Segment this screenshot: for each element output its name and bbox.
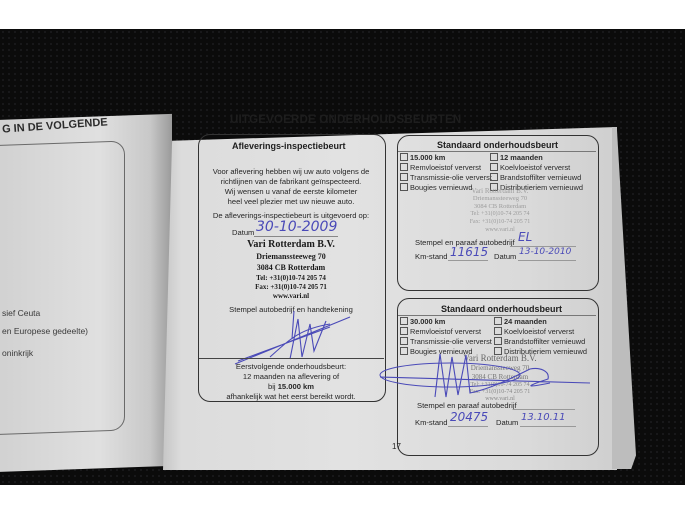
checkbox[interactable] <box>400 153 408 161</box>
photo-background: G IN DE VOLGENDE sief Ceuta en Europese … <box>0 29 685 485</box>
checkbox[interactable] <box>494 337 502 345</box>
delivery-inspection-title: Afleverings-inspectiebeurt <box>232 141 346 151</box>
left-page-text: sief Ceuta <box>2 308 40 318</box>
km-line <box>448 426 488 427</box>
checkbox[interactable] <box>494 327 502 335</box>
date-label: Datum <box>232 228 254 237</box>
check-item: Transmissie-olie ververst <box>400 173 492 182</box>
check-item: Remvloeistof ververst <box>400 327 481 336</box>
intro-line: richtlijnen van de fabrikant geïnspectee… <box>200 177 382 186</box>
stamp-city: 3084 CB Rotterdam <box>200 263 382 272</box>
checkbox[interactable] <box>400 327 408 335</box>
check-item: Brandstoffilter vernieuwd <box>490 173 581 182</box>
next-service-line: afhankelijk wat het eerst bereikt wordt. <box>200 392 382 401</box>
km-line <box>448 260 488 261</box>
checkbox[interactable] <box>494 317 502 325</box>
intro-line: Voor aflevering hebben wij uw auto volge… <box>200 167 382 176</box>
faint-stamp: Vari Rotterdam B.V. <box>420 187 580 195</box>
handwritten-km: 11615 <box>450 245 488 259</box>
date-label: Datum <box>496 418 518 427</box>
page-title: UITGEVOERDE ONDERHOUDSBEURTEN <box>230 114 461 126</box>
service-months: 24 maanden <box>494 317 547 326</box>
faint-stamp: 3084 CB Rotterdam <box>420 203 580 210</box>
handwritten-date: 13.10.11 <box>521 412 566 423</box>
signature-scribble <box>380 349 600 409</box>
intro-line: Wij wensen u vanaf de eerste kilometer <box>200 187 382 196</box>
checkbox[interactable] <box>400 163 408 171</box>
faint-stamp: www.vari.nl <box>420 227 580 233</box>
faint-stamp: Fax: +31(0)10-74 205 71 <box>420 219 580 225</box>
service-months: 12 maanden <box>490 153 543 162</box>
checkbox[interactable] <box>490 153 498 161</box>
checkbox[interactable] <box>490 173 498 181</box>
divider <box>398 315 596 316</box>
date-line <box>520 426 576 427</box>
divider <box>398 151 596 152</box>
checkbox[interactable] <box>400 183 408 191</box>
page-number: 17 <box>392 442 401 451</box>
handwritten-initials: EL <box>518 230 532 244</box>
service-km: 30.000 km <box>400 317 445 326</box>
handwritten-date: 30-10-2009 <box>256 219 337 235</box>
handwritten-date: 13-10-2010 <box>519 247 571 257</box>
check-item: Remvloeistof ververst <box>400 163 481 172</box>
divider <box>199 358 384 359</box>
service-title: Standaard onderhoudsbeurt <box>437 140 558 150</box>
intro-line: heel veel plezier met uw nieuwe auto. <box>200 197 382 206</box>
stamp-company: Vari Rotterdam B.V. <box>200 239 382 250</box>
page-edges <box>612 127 636 469</box>
check-item: Brandstoffilter vernieuwd <box>494 337 585 346</box>
stamp-street: Driemanssteeweg 70 <box>200 252 382 261</box>
date-line <box>518 260 576 261</box>
date-label: Datum <box>494 252 516 261</box>
stamp-label: Stempel en paraaf autobedrijf <box>417 401 517 410</box>
handwritten-km: 20475 <box>450 410 488 424</box>
next-service-line: Eerstvolgende onderhoudsbeurt: <box>200 362 382 371</box>
checkbox[interactable] <box>490 163 498 171</box>
left-page-box <box>0 140 125 435</box>
stamp-line <box>513 409 575 410</box>
service-km: 15.000 km <box>400 153 445 162</box>
date-line <box>254 236 338 237</box>
service-title: Standaard onderhoudsbeurt <box>441 304 562 314</box>
km-label: Km-stand <box>415 252 448 261</box>
checkbox[interactable] <box>400 317 408 325</box>
next-service-line: 12 maanden na aflevering of <box>200 372 382 381</box>
stamp-fax: Fax: +31(0)10-74 205 71 <box>200 283 382 291</box>
stamp-tel: Tel: +31(0)10-74 205 74 <box>200 274 382 282</box>
next-service-km: bij 15.000 km <box>200 382 382 391</box>
left-page-text: en Europese gedeelte) <box>2 326 88 336</box>
checkbox[interactable] <box>400 337 408 345</box>
check-item: Transmissie-olie ververst <box>400 337 492 346</box>
checkbox[interactable] <box>400 173 408 181</box>
check-item: Koelvloeistof ververst <box>490 163 570 172</box>
faint-stamp: Driemanssteeweg 70 <box>420 195 580 202</box>
faint-stamp: Tel: +31(0)10-74 205 74 <box>420 211 580 217</box>
check-item: Koelvloeistof ververst <box>494 327 574 336</box>
km-label: Km-stand <box>415 418 448 427</box>
left-page-text: oninkrijk <box>2 348 33 358</box>
